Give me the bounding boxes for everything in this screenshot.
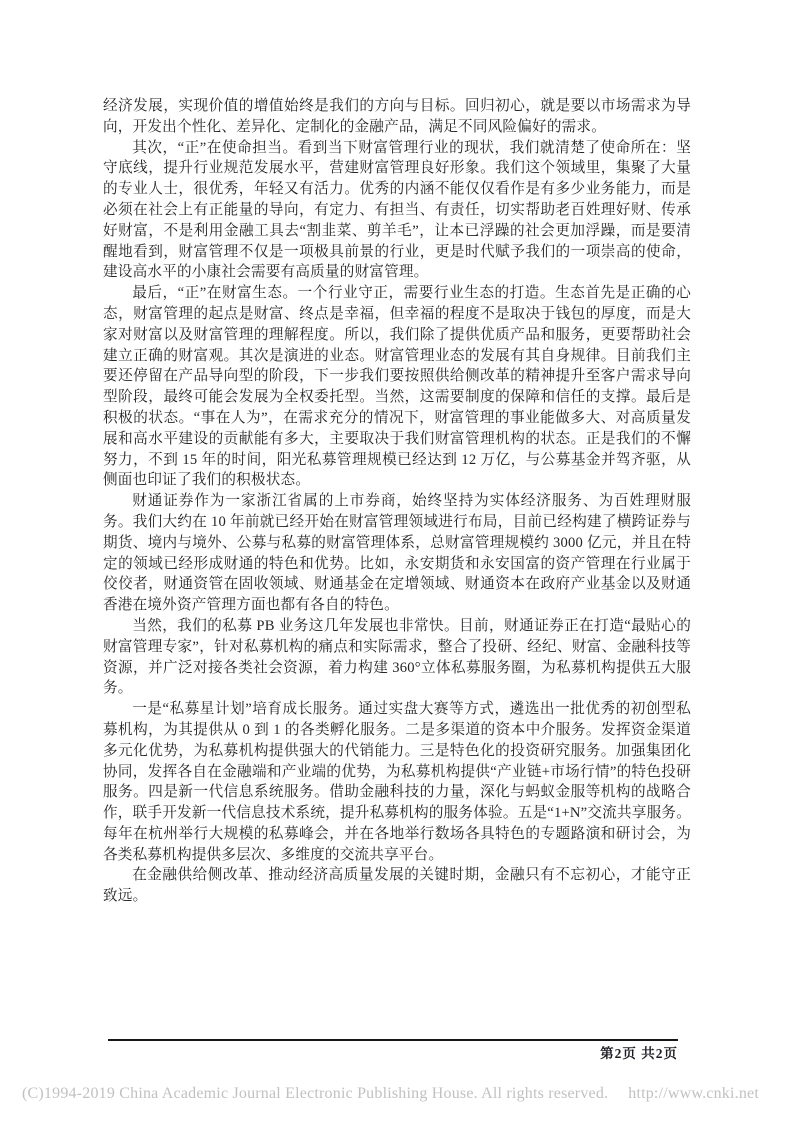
article-body: 经济发展，实现价值的增值始终是我们的方向与目标。回归初心，就是要以市场需求为导向… bbox=[103, 96, 691, 907]
paragraph: 当然，我们的私募 PB 业务这几年发展也非常快。目前，财通证券正在打造“最贴心的… bbox=[103, 616, 691, 699]
document-page: 经济发展，实现价值的增值始终是我们的方向与目标。回归初心，就是要以市场需求为导向… bbox=[0, 0, 793, 1122]
paragraph: 财通证券作为一家浙江省属的上市券商，始终坚持为实体经济服务、为百姓理财服务。我们… bbox=[103, 491, 691, 616]
cnki-url: http://www.cnki.net bbox=[628, 1085, 759, 1102]
copyright-text: (C)1994-2019 China Academic Journal Elec… bbox=[22, 1085, 608, 1102]
paragraph: 经济发展，实现价值的增值始终是我们的方向与目标。回归初心，就是要以市场需求为导向… bbox=[103, 96, 691, 138]
footer-divider bbox=[108, 1039, 678, 1041]
paragraph: 一是“私募星计划”培育成长服务。通过实盘大赛等方式，遴选出一批优秀的初创型私募机… bbox=[103, 699, 691, 865]
paragraph: 在金融供给侧改革、推动经济高质量发展的关键时期，金融只有不忘初心，才能守正致远。 bbox=[103, 865, 691, 907]
copyright-notice: (C)1994-2019 China Academic Journal Elec… bbox=[22, 1085, 782, 1103]
paragraph: 最后，“正”在财富生态。一个行业守正，需要行业生态的打造。生态首先是正确的心态，… bbox=[103, 283, 691, 491]
page-number-indicator: 第2页 共2页 bbox=[108, 1042, 678, 1062]
paragraph: 其次，“正”在使命担当。看到当下财富管理行业的现状，我们就清楚了使命所在：坚守底… bbox=[103, 138, 691, 284]
